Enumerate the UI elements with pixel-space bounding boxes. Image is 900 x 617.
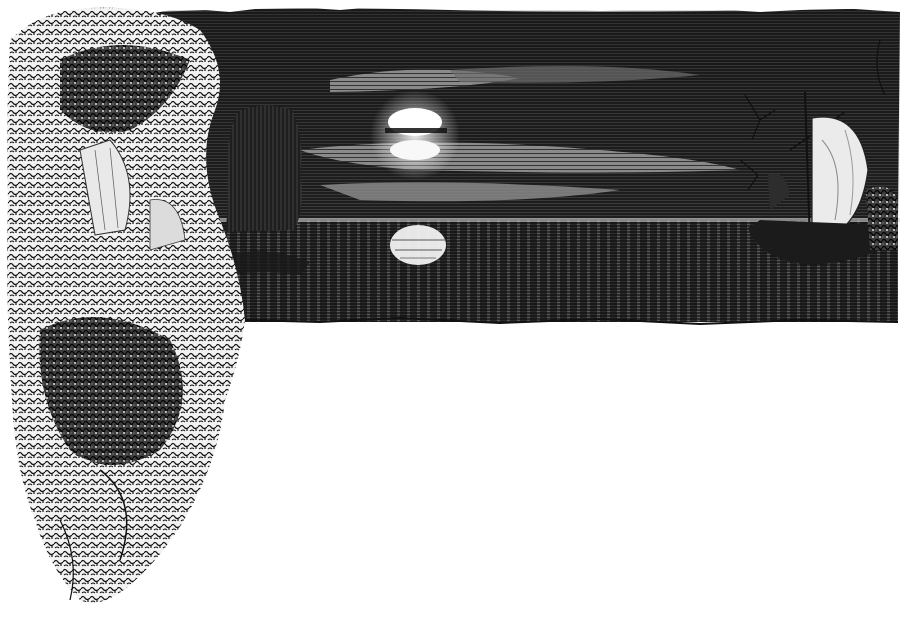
engraving-illustration — [0, 0, 900, 617]
moon-reflection — [390, 225, 446, 265]
moon — [370, 90, 460, 180]
